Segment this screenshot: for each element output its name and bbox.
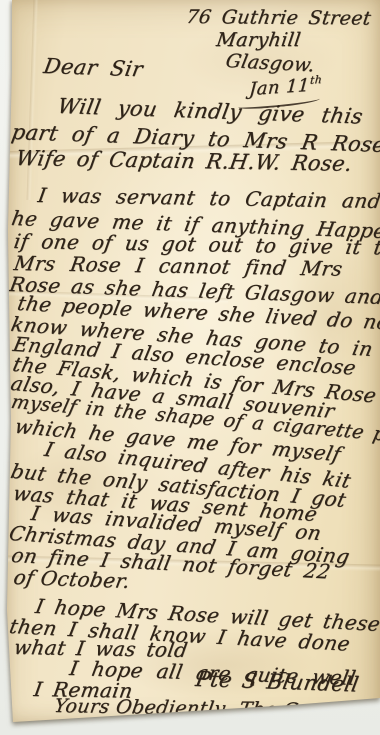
signature: Pte S Blundell (194, 667, 361, 697)
body-line: Wife of Captain R.H.W. Rose. (14, 146, 354, 176)
sender-address-line: Maryhill (215, 29, 302, 51)
sender-address-line: 76 Guthrie Street (185, 6, 373, 30)
salutation: Dear Sir (42, 54, 145, 81)
sender-address-line: Glasgow. (224, 50, 317, 76)
regiment-name: The Cameronians (237, 698, 380, 723)
letter-scan: 76 Guthrie Street Maryhill Glasgow. Jan … (0, 0, 380, 735)
paper-shadow-wrap: 76 Guthrie Street Maryhill Glasgow. Jan … (0, 0, 380, 735)
body-line: of October. (12, 565, 132, 593)
date-ordinal-suffix: th (310, 73, 323, 87)
closing-valediction-line: Yours ObedientlyThe Cameronians (53, 695, 380, 723)
letter-paper: 76 Guthrie Street Maryhill Glasgow. Jan … (0, 0, 380, 735)
valediction: Yours Obediently (53, 695, 227, 720)
